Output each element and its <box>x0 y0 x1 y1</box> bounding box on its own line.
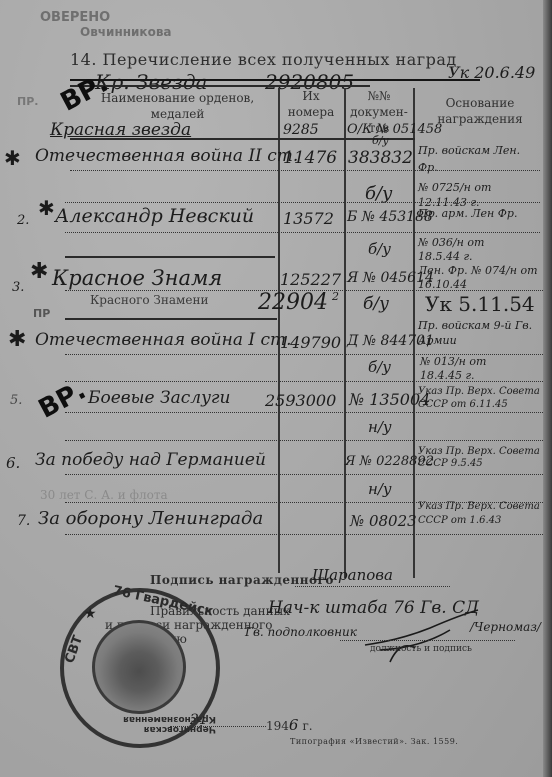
award-number: 9285 <box>283 122 319 138</box>
year-unit: г. <box>302 719 312 733</box>
col-divider <box>344 88 346 578</box>
row-rule <box>65 474 545 475</box>
award-name-printed: 30 лет С. А. и флота <box>40 488 168 502</box>
award-number: 149790 <box>280 333 341 352</box>
row-index: 7. <box>17 513 30 529</box>
award-name-printed: Красного Знамени <box>90 293 208 307</box>
seal-bottom-text: Черниговская Краснознаменная <box>92 714 216 734</box>
award-name: Красное Знамя <box>52 266 222 290</box>
row-rule <box>65 256 275 258</box>
header-number: Их номера <box>280 88 342 120</box>
star-icon: ✱ <box>8 330 26 350</box>
award-name: Отечественная война II ст. <box>35 146 298 166</box>
vr-stamp: ВР. <box>34 375 91 424</box>
row-rule <box>70 170 540 171</box>
award-doc: н/у <box>368 480 392 498</box>
seal-left-text: СВТ <box>62 634 86 666</box>
award-basis: Указ Пр. Верх. Совета СССР от 1.6.43 <box>418 500 548 528</box>
award-basis: № 036/н от 18.5.44 г. <box>418 236 518 264</box>
signature-line <box>295 586 450 587</box>
award-basis: Лен. Фр. № 074/н от 16.10.44 <box>418 264 546 292</box>
award-number-suffix: 2 <box>332 290 339 303</box>
row-rule <box>65 202 540 203</box>
row-rule <box>65 318 277 320</box>
award-name: Боевые Заслуги <box>88 388 230 408</box>
award-number: 125227 <box>280 270 341 289</box>
header-name: Наименование орденов, медалей <box>80 90 275 122</box>
row-index: 5. <box>10 393 22 408</box>
star-icon: ✱ <box>4 148 21 168</box>
award-number: 13572 <box>283 209 334 228</box>
official-seal: 76 Гвардейск СВТ Черниговская Краснознам… <box>60 588 220 748</box>
award-name: Красная звезда <box>50 120 191 140</box>
position-caption: должность и подпись <box>370 644 472 654</box>
award-name: Отечественная война I ст. <box>35 330 292 350</box>
award-doc: б/у <box>365 183 393 204</box>
signatory-rank: Гв. подполковник <box>245 625 357 639</box>
award-basis: Указ Пр. Верх. Совета СССР 9.5.45 <box>418 446 548 470</box>
year-prefix: 194 <box>266 719 289 733</box>
row-rule <box>65 440 545 441</box>
pr-mark: ПР <box>33 307 50 320</box>
award-doc: б/у <box>363 294 389 314</box>
award-doc-status: б/у <box>372 134 389 147</box>
award-doc: б/у <box>368 358 391 376</box>
award-basis: Пр. арм. Лен Фр. <box>418 206 536 222</box>
strike-line <box>70 79 480 81</box>
award-doc: б/у <box>368 240 391 258</box>
printer-imprint: Типография «Известий». Зак. 1559. <box>290 737 458 746</box>
row-index: 2. <box>17 213 29 228</box>
row-rule <box>65 381 545 382</box>
date-year: 1946г. <box>266 716 313 734</box>
section-title: 14. Перечисление всех полученных наград <box>70 50 457 69</box>
row-rule <box>65 232 540 233</box>
award-basis: № 013/н от 18.4.45 г. <box>420 355 515 383</box>
verified-stamp: ОВЕРЕНО <box>40 10 110 25</box>
seal-star-icon: ★ <box>84 606 97 622</box>
award-number: 2593000 <box>265 391 336 410</box>
signature-label: Подпись награжденного <box>150 573 334 587</box>
award-doc: О/К № 051458 <box>347 122 442 137</box>
table-top-rule <box>70 85 370 87</box>
award-name: За победу над Германией <box>35 450 266 470</box>
pr-mark: ПР. <box>17 95 38 108</box>
award-basis: Пр. войскам 9-й Гв. Армии <box>418 318 536 348</box>
award-doc: № 08023 <box>350 512 417 530</box>
award-basis: Указ Пр. Верх. Совета СССР от 6.11.45 <box>418 385 546 411</box>
award-number: 11476 <box>283 148 337 168</box>
award-basis: Ук 5.11.54 <box>425 292 535 316</box>
star-icon: ✱ <box>30 262 48 282</box>
award-doc: н/у <box>368 418 392 436</box>
star-icon: ✱ <box>38 198 55 218</box>
year-suffix: 6 <box>289 716 299 734</box>
award-record-page: ОВЕРЕНО Овчинникова 14. Перечисление все… <box>0 0 545 777</box>
row-index: 3. <box>12 280 24 295</box>
award-doc: 383832 <box>348 148 413 168</box>
verifier-stamp: Овчинникова <box>80 25 172 39</box>
award-name: Александр Невский <box>55 205 254 227</box>
ussr-emblem-icon <box>92 620 186 714</box>
signature-scribble-icon <box>360 600 485 665</box>
award-number: 22904 <box>258 290 328 315</box>
award-name: За оборону Ленинграда <box>38 508 263 529</box>
page-edge-shadow <box>543 0 552 777</box>
row-rule <box>65 534 545 535</box>
position-line <box>340 640 515 641</box>
signature-value: Шарапова <box>312 566 393 584</box>
row-rule <box>65 412 545 413</box>
seal-top-text: 76 Гвардейск <box>112 584 215 620</box>
row-index: 6. <box>6 454 20 472</box>
